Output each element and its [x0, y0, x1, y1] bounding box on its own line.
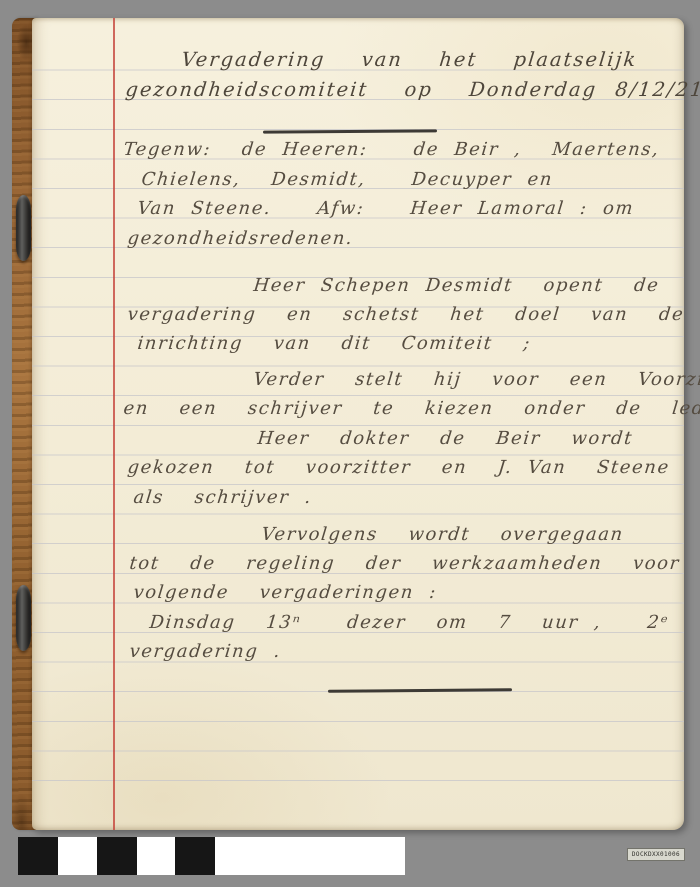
manuscript-line: inrichting van dit Comiteit ;: [136, 330, 532, 358]
manuscript-line: vergadering en schetst het doel van de: [126, 301, 686, 329]
calibration-black-block: [175, 837, 215, 875]
manuscript-line: tot de regeling der werkzaamheden voor: [128, 550, 681, 578]
manuscript-line: Vervolgens wordt overgegaan: [260, 521, 625, 549]
manuscript-line: vergadering .: [128, 638, 283, 666]
manuscript-line: volgende vergaderingen :: [132, 579, 438, 607]
manuscript-title-line-2: gezondheidscomiteit op Donderdag 8/12/21…: [124, 76, 700, 104]
archive-label: DOCKDXX01006: [627, 848, 685, 861]
title-underline: [263, 129, 437, 133]
manuscript-line: Heer Schepen Desmidt opent de: [252, 272, 661, 300]
manuscript-line: als schrijver .: [132, 484, 313, 512]
manuscript-line: en een schrijver te kiezen onder de lede…: [122, 395, 700, 423]
calibration-black-block: [97, 837, 137, 875]
manuscript-line: Van Steene. Afw: Heer Lamoral : om: [136, 195, 636, 223]
manuscript-line: Verder stelt hij voor een Voorzitter: [252, 366, 700, 394]
manuscript-line: gezondheidsredenen.: [126, 225, 355, 253]
manuscript-line: Dinsdag 13ⁿ dezer om 7 uur , 2ᵉ: [148, 609, 670, 637]
calibration-strip: [18, 837, 405, 875]
calibration-black-block: [18, 837, 58, 875]
manuscript-line: Heer dokter de Beir wordt: [256, 425, 635, 453]
manuscript-line: Chielens, Desmidt, Decuyper en: [140, 166, 554, 194]
manuscript-line: gekozen tot voorzitter en J. Van Steene: [126, 454, 671, 482]
calibration-white-block: [58, 837, 97, 875]
manuscript-line: Tegenw: de Heeren: de Beir , Maertens,: [122, 136, 661, 164]
notebook-page: Vergadering van het plaatselijk gezondhe…: [12, 18, 684, 830]
handwritten-text: Vergadering van het plaatselijk gezondhe…: [12, 18, 684, 830]
calibration-white-strip: [215, 837, 405, 875]
closing-rule: [328, 688, 512, 693]
manuscript-title-line-1: Vergadering van het plaatselijk: [180, 46, 639, 74]
calibration-white-block: [137, 837, 175, 875]
